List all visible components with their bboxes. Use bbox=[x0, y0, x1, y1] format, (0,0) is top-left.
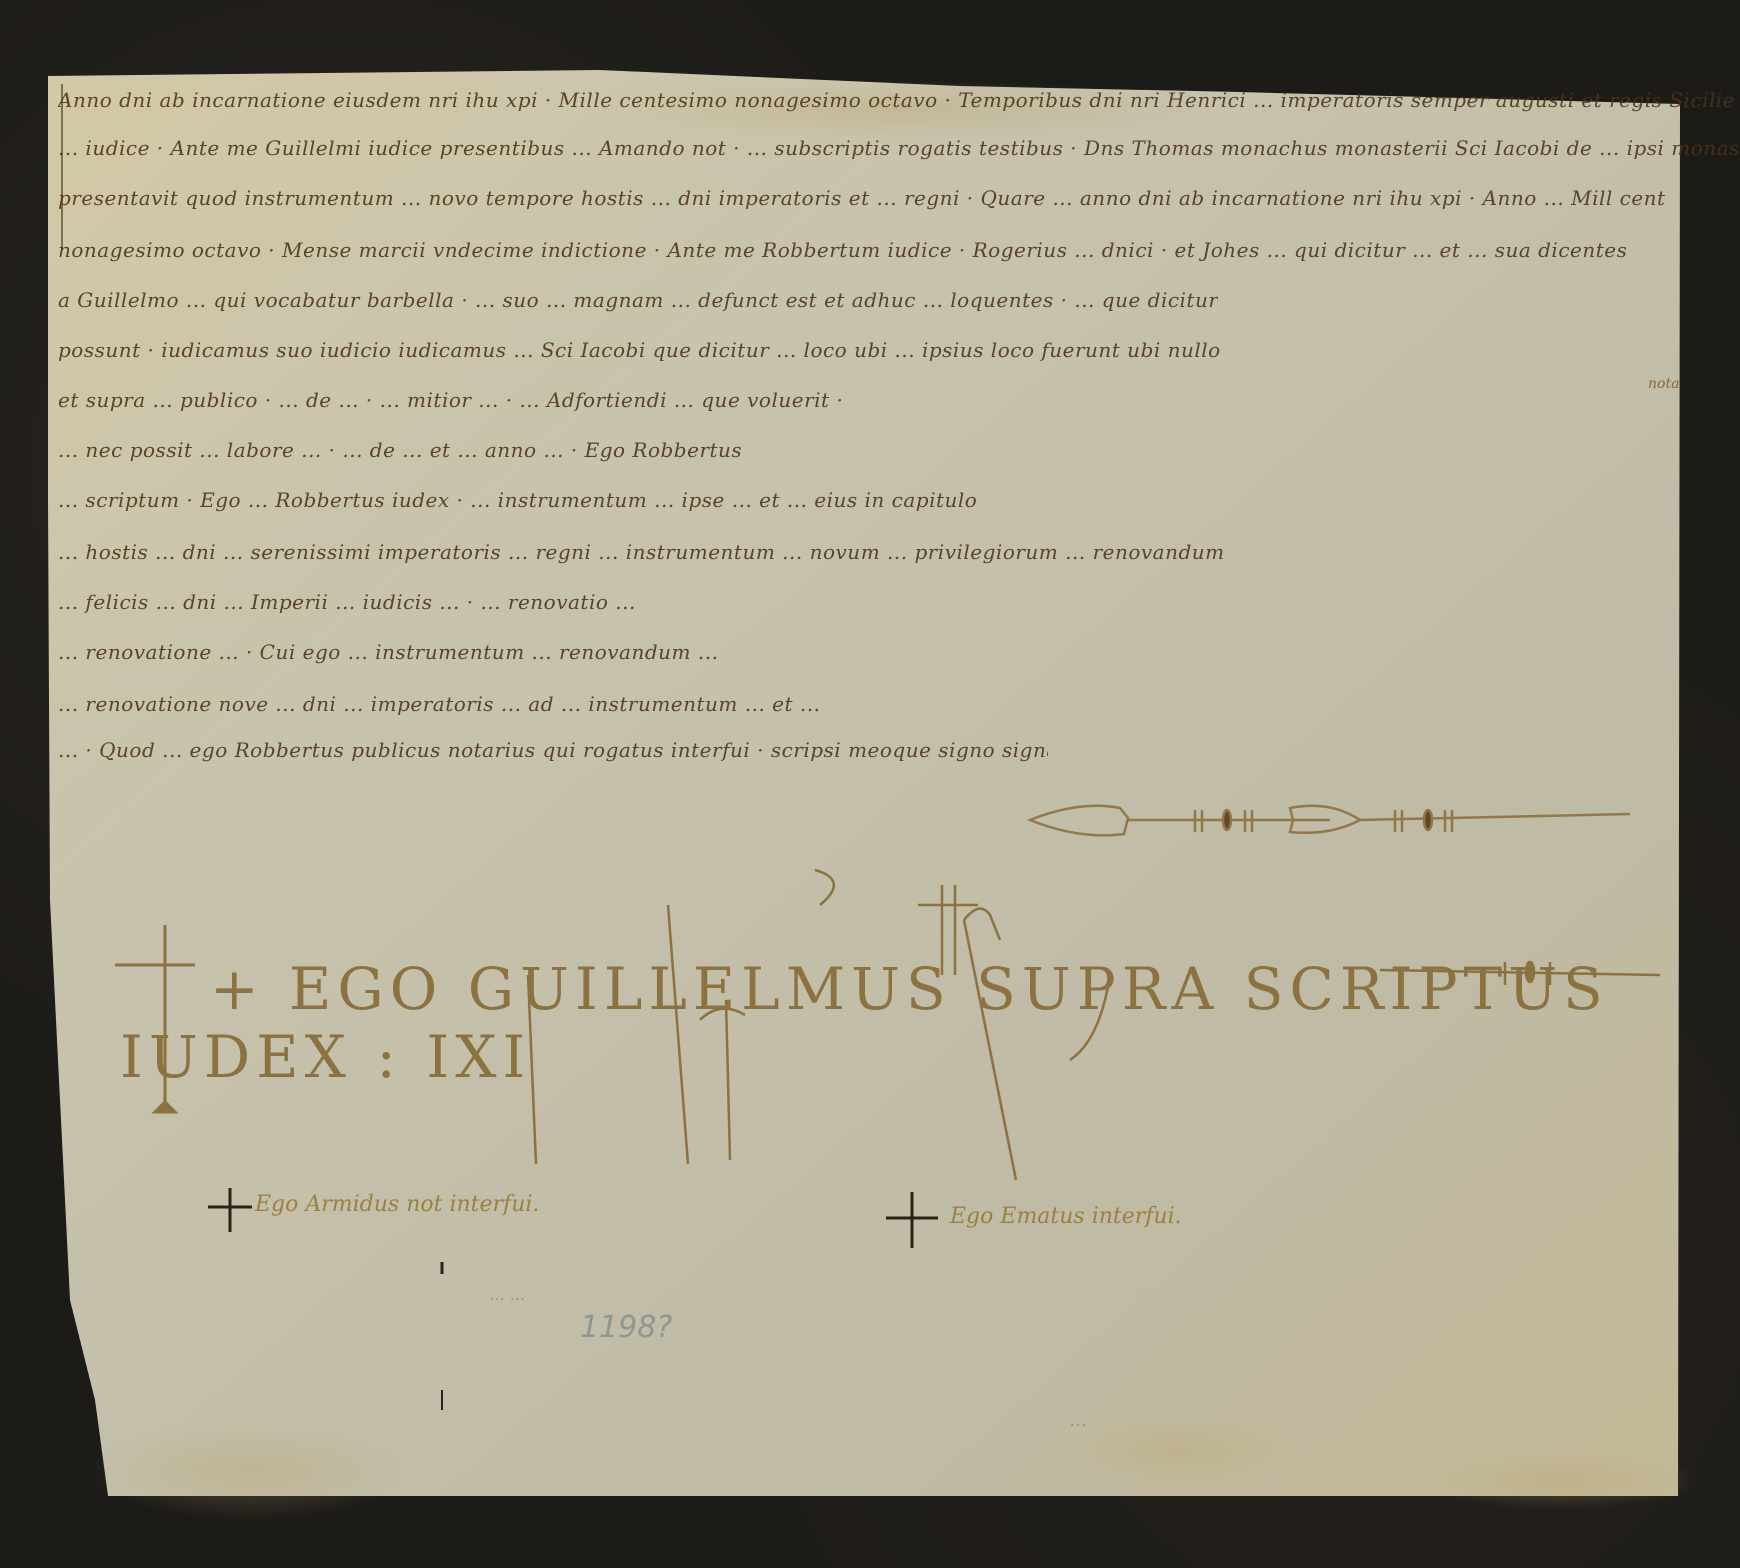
witness-subscription-2: Ego Ematus interfui. bbox=[950, 1204, 1182, 1229]
text-line: ... nec possit ... labore ... · ... de .… bbox=[58, 438, 742, 478]
text-line: Anno dni ab incarnatione eiusdem nri ihu… bbox=[58, 88, 1740, 128]
pencil-date-annotation: 1198? bbox=[580, 1310, 672, 1345]
text-line: ... renovatione nove ... dni ... imperat… bbox=[58, 692, 821, 732]
text-line: et supra ... publico · ... de ... · ... … bbox=[58, 388, 843, 428]
margin-note: nota bbox=[1648, 376, 1679, 392]
text-line: ... · Quod ... ego Robbertus publicus no… bbox=[58, 738, 1048, 778]
witness-text: Ego Ematus interfui. bbox=[950, 1204, 1182, 1229]
pencil-annotation-faded: ... bbox=[1070, 1410, 1087, 1431]
text-line: presentavit quod instrumentum ... novo t… bbox=[58, 186, 1666, 226]
text-line: nonagesimo octavo · Mense marcii vndecim… bbox=[58, 238, 1627, 278]
text-line: possunt · iudicamus suo iudicio iudicamu… bbox=[58, 338, 1221, 378]
pencil-annotation: ... ... bbox=[490, 1285, 526, 1304]
parchment-sheet bbox=[0, 0, 1740, 1568]
witness-text: Ego Armidus not interfui. bbox=[255, 1192, 539, 1217]
text-line: ... iudice · Ante me Guillelmi iudice pr… bbox=[58, 136, 1740, 176]
text-line: a Guillelmo ... qui vocabatur barbella ·… bbox=[58, 288, 1218, 328]
text-line: ... felicis ... dni ... Imperii ... iudi… bbox=[58, 590, 636, 630]
monogram-text: + EGO GUILLELMUS SUPRA SCRIPTUS IUDEX : … bbox=[120, 955, 1609, 1091]
text-line: ... hostis ... dni ... serenissimi imper… bbox=[58, 540, 1225, 580]
notarial-monogram: + EGO GUILLELMUS SUPRA SCRIPTUS IUDEX : … bbox=[120, 955, 1740, 1091]
parchment-shape bbox=[0, 0, 1740, 1568]
text-line: ... scriptum · Ego ... Robbertus iudex ·… bbox=[58, 488, 977, 528]
witness-subscription-1: Ego Armidus not interfui. bbox=[255, 1192, 539, 1217]
text-line: ... renovatione ... · Cui ego ... instru… bbox=[58, 640, 718, 680]
